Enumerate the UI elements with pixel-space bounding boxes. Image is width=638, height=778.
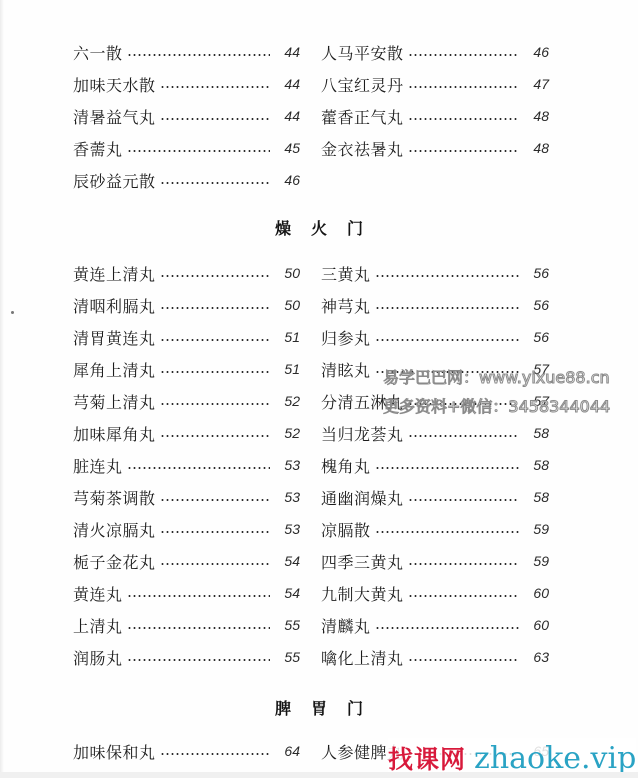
dot-leader: [160, 118, 270, 120]
entry-name: 润肠丸: [73, 646, 123, 669]
dot-leader: [160, 275, 270, 277]
toc-entry[interactable]: 凉膈散 59: [321, 515, 549, 543]
dot-leader: [408, 435, 519, 437]
toc-entry[interactable]: 辰砂益元散 46: [73, 166, 300, 194]
entry-name: 黄连上清丸: [73, 262, 156, 285]
dot-leader: [408, 86, 519, 88]
dot-leader: [127, 659, 270, 661]
entry-name: 归参丸: [321, 326, 371, 349]
toc-entry[interactable]: 通幽润燥丸 58: [321, 483, 549, 511]
toc-entry[interactable]: 神芎丸 56: [321, 291, 549, 319]
entry-name: 清麟丸: [321, 614, 371, 637]
entry-page: 58: [523, 457, 549, 473]
entry-name: 三黄丸: [321, 262, 371, 285]
entry-name: 金衣祛暑丸: [321, 137, 404, 160]
toc-entry[interactable]: 加味犀角丸 52: [73, 419, 300, 447]
entry-name: 通幽润燥丸: [321, 486, 404, 509]
entry-name: 槐角丸: [321, 454, 371, 477]
dot-leader: [160, 435, 270, 437]
toc-entry[interactable]: 脏连丸 53: [73, 451, 300, 479]
entry-page: 58: [523, 489, 549, 505]
toc-entry[interactable]: 香薷丸 45: [73, 134, 300, 162]
entry-page: 48: [523, 140, 549, 156]
entry-page: 44: [274, 44, 300, 60]
entry-page: 63: [523, 649, 549, 665]
toc-entry[interactable]: 芎菊上清丸 52: [73, 387, 300, 415]
dot-leader: [375, 275, 519, 277]
dot-leader: [160, 499, 270, 501]
entry-page: 60: [523, 617, 549, 633]
entry-page: 44: [274, 76, 300, 92]
entry-page: 56: [523, 329, 549, 345]
entry-page: 45: [274, 140, 300, 156]
entry-name: 上清丸: [73, 614, 123, 637]
entry-name: 噙化上清丸: [321, 646, 404, 669]
toc-entry[interactable]: 上清丸 55: [73, 611, 300, 639]
entry-page: 50: [274, 297, 300, 313]
dot-leader: [375, 531, 519, 533]
entry-page: 53: [274, 521, 300, 537]
entry-page: 53: [274, 489, 300, 505]
toc-entry[interactable]: 芎菊茶调散 53: [73, 483, 300, 511]
toc-entry[interactable]: 清暑益气丸 44: [73, 102, 300, 130]
entry-name: 清胃黄连丸: [73, 326, 156, 349]
section-heading: 脾胃门: [0, 696, 638, 719]
entry-name: 清眩丸: [321, 358, 371, 381]
watermark-line-1: 易学巴巴网：www.yixue88.cn: [383, 363, 610, 392]
entry-page: 56: [523, 297, 549, 313]
entry-page: 47: [523, 76, 549, 92]
entry-page: 51: [274, 329, 300, 345]
entry-name: 神芎丸: [321, 294, 371, 317]
toc-entry[interactable]: 犀角上清丸 51: [73, 355, 300, 383]
dot-leader: [375, 467, 519, 469]
dot-leader: [127, 595, 270, 597]
dot-leader: [127, 467, 270, 469]
toc-entry[interactable]: 清麟丸 60: [321, 611, 549, 639]
entry-page: 56: [523, 265, 549, 281]
entry-name: 九制大黄丸: [321, 582, 404, 605]
entry-page: 54: [274, 553, 300, 569]
entry-name: 清火凉膈丸: [73, 518, 156, 541]
dot-leader: [375, 339, 519, 341]
entry-name: 脏连丸: [73, 454, 123, 477]
entry-page: 60: [523, 585, 549, 601]
toc-entry[interactable]: 清咽利膈丸 50: [73, 291, 300, 319]
toc-entry[interactable]: 六一散 44: [73, 38, 300, 66]
entry-name: 藿香正气丸: [321, 105, 404, 128]
dot-leader: [160, 753, 270, 755]
dot-leader: [160, 371, 270, 373]
toc-entry[interactable]: 清火凉膈丸 53: [73, 515, 300, 543]
entry-page: 59: [523, 553, 549, 569]
entry-page: 48: [523, 108, 549, 124]
entry-name: 六一散: [73, 41, 123, 64]
dot-leader: [408, 499, 519, 501]
toc-entry[interactable]: 噙化上清丸 63: [321, 643, 549, 671]
dot-leader: [408, 150, 519, 152]
toc-entry[interactable]: 归参丸 56: [321, 323, 549, 351]
entry-page: 64: [274, 743, 300, 759]
entry-page: 44: [274, 108, 300, 124]
dot-leader: [160, 403, 270, 405]
toc-entry[interactable]: 加味天水散 44: [73, 70, 300, 98]
watermark-zhaoke-en: zhaoke.vip: [474, 741, 636, 776]
entry-page: 46: [274, 172, 300, 188]
entry-page: 55: [274, 649, 300, 665]
entry-name: 辰砂益元散: [73, 169, 156, 192]
dot-leader: [127, 150, 270, 152]
watermark-yixue88: 易学巴巴网：www.yixue88.cn 更多资料+微信：3458344044: [383, 363, 610, 421]
dot-leader: [160, 307, 270, 309]
entry-page: 46: [523, 44, 549, 60]
entry-page: 59: [523, 521, 549, 537]
entry-name: 香薷丸: [73, 137, 123, 160]
toc-entry[interactable]: 栀子金花丸 54: [73, 547, 300, 575]
scan-speck: [11, 311, 14, 314]
entry-page: 55: [274, 617, 300, 633]
entry-page: 54: [274, 585, 300, 601]
page-bottom-edge: [0, 772, 638, 778]
entry-name: 黄连丸: [73, 582, 123, 605]
toc-entry[interactable]: 润肠丸 55: [73, 643, 300, 671]
dot-leader: [375, 627, 519, 629]
watermark-zhaoke-cn: 找课网: [388, 740, 466, 776]
entry-name: 加味犀角丸: [73, 422, 156, 445]
dot-leader: [375, 307, 519, 309]
toc-entry[interactable]: 金衣祛暑丸 48: [321, 134, 549, 162]
section-heading: 燥火门: [0, 216, 638, 239]
toc-entry[interactable]: 加味保和丸 64: [73, 737, 300, 765]
dot-leader: [127, 54, 270, 56]
document-page: 六一散 44 加味天水散 44 清暑益气丸 44 香薷丸 45 辰砂益元散 46…: [0, 0, 638, 778]
entry-name: 四季三黄丸: [321, 550, 404, 573]
toc-entry[interactable]: 九制大黄丸 60: [321, 579, 549, 607]
entry-name: 清暑益气丸: [73, 105, 156, 128]
dot-leader: [408, 118, 519, 120]
entry-name: 加味天水散: [73, 73, 156, 96]
dot-leader: [127, 627, 270, 629]
toc-entry[interactable]: 清胃黄连丸 51: [73, 323, 300, 351]
toc-entry[interactable]: 四季三黄丸 59: [321, 547, 549, 575]
toc-entry[interactable]: 槐角丸 58: [321, 451, 549, 479]
entry-name: 凉膈散: [321, 518, 371, 541]
entry-name: 犀角上清丸: [73, 358, 156, 381]
toc-entry[interactable]: 黄连上清丸 50: [73, 259, 300, 287]
toc-entry[interactable]: 藿香正气丸 48: [321, 102, 549, 130]
entry-name: 清咽利膈丸: [73, 294, 156, 317]
dot-leader: [160, 339, 270, 341]
entry-page: 53: [274, 457, 300, 473]
dot-leader: [408, 659, 519, 661]
entry-page: 50: [274, 265, 300, 281]
toc-entry[interactable]: 八宝红灵丹 47: [321, 70, 549, 98]
page-edge-shadow: [0, 0, 4, 778]
dot-leader: [160, 563, 270, 565]
watermark-line-2: 更多资料+微信：3458344044: [383, 392, 610, 421]
dot-leader: [160, 182, 270, 184]
dot-leader: [408, 54, 519, 56]
toc-entry[interactable]: 当归龙荟丸 58: [321, 419, 549, 447]
dot-leader: [408, 595, 519, 597]
toc-entry[interactable]: 三黄丸 56: [321, 259, 549, 287]
entry-page: 52: [274, 393, 300, 409]
entry-name: 芎菊上清丸: [73, 390, 156, 413]
entry-name: 芎菊茶调散: [73, 486, 156, 509]
dot-leader: [160, 86, 270, 88]
entry-name: 八宝红灵丹: [321, 73, 404, 96]
entry-page: 51: [274, 361, 300, 377]
toc-entry[interactable]: 黄连丸 54: [73, 579, 300, 607]
dot-leader: [160, 531, 270, 533]
entry-name: 人马平安散: [321, 41, 404, 64]
entry-page: 52: [274, 425, 300, 441]
toc-entry[interactable]: 人马平安散 46: [321, 38, 549, 66]
entry-page: 58: [523, 425, 549, 441]
dot-leader: [408, 563, 519, 565]
entry-name: 当归龙荟丸: [321, 422, 404, 445]
entry-name: 栀子金花丸: [73, 550, 156, 573]
entry-name: 加味保和丸: [73, 740, 156, 763]
